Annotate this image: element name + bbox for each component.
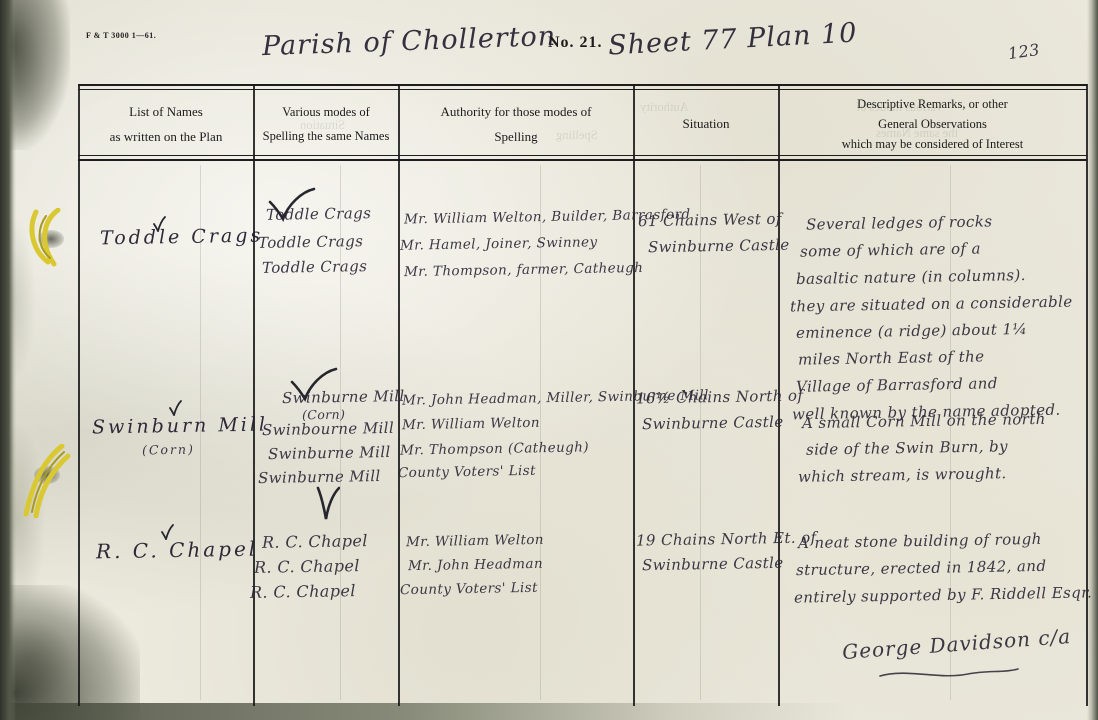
remarks-line: side of the Swin Burn, by: [806, 437, 1008, 459]
book-number-label: No. 21.: [548, 34, 603, 52]
situation-line: 19 Chains North Et. of: [636, 528, 817, 549]
checkmark-icon: [314, 486, 340, 522]
header-bottom-rule-2: [78, 159, 1087, 161]
remarks-line: which stream, is wrought.: [798, 464, 1007, 486]
remarks-line: A small Corn Mill on the north: [802, 410, 1046, 432]
table-top-rule: [78, 84, 1087, 86]
signature-flourish-icon: [878, 666, 1020, 682]
spelling-entry: Swinbourne Mill: [262, 419, 394, 439]
remarks-line: structure, erected in 1842, and: [796, 557, 1047, 579]
column-header-authority: Authority for those modes of Spelling: [400, 94, 632, 154]
printer-mark: F & T 3000 1—61.: [86, 31, 156, 40]
situation-line: Swinburne Castle: [648, 236, 790, 256]
column-divider: [253, 84, 255, 706]
authority-entry: Mr. William Welton: [406, 532, 544, 550]
situation-line: 16½ Chains North of: [636, 387, 804, 408]
name-entry-sub: (Corn): [142, 442, 195, 458]
header-line: List of Names: [129, 104, 203, 120]
situation-line: Swinburne Castle: [642, 413, 784, 433]
bleedthrough-text: Spelling: [556, 128, 598, 143]
name-entry: Swinburn Mill: [92, 413, 268, 438]
table-border-left: [78, 84, 80, 706]
header-line: Spelling: [494, 129, 537, 145]
parish-title-handwritten: Parish of Chollerton: [262, 21, 557, 62]
remarks-line: some of which are of a: [800, 239, 981, 260]
authority-entry: Mr. Hamel, Joiner, Swinney: [400, 234, 598, 253]
authority-entry: Mr. Thompson (Catheugh): [400, 439, 589, 458]
examiner-signature: George Davidson c/a: [841, 624, 1071, 664]
bleedthrough-text: Situation: [300, 118, 345, 133]
remarks-line: miles North East of the: [798, 347, 985, 368]
name-entry: Toddle Crags: [100, 225, 264, 250]
authority-entry: Mr. William Welton: [402, 415, 540, 433]
table-border-right: [1086, 84, 1088, 706]
name-entry: R. C. Chapel: [96, 537, 259, 564]
spelling-entry: R. C. Chapel: [262, 531, 368, 552]
remarks-line: Village of Barrasford and: [796, 374, 998, 396]
sheet-plan-handwritten: Sheet 77 Plan 10: [607, 17, 858, 61]
remarks-line: eminence (a ridge) about 1¼: [796, 320, 1028, 342]
binding-edge: [0, 0, 16, 720]
column-header-names: List of Names as written on the Plan: [80, 94, 252, 154]
bleedthrough-text: the same Names: [876, 126, 958, 141]
authority-entry: Mr. Thompson, farmer, Catheugh: [404, 260, 644, 280]
bleedthrough-text: Various modes of: [856, 100, 944, 115]
situation-line: Swinburne Castle: [642, 554, 784, 574]
header-line: as written on the Plan: [110, 129, 223, 145]
bleedthrough-text: Authority: [640, 100, 689, 115]
remarks-line: Several ledges of rocks: [806, 212, 993, 233]
authority-entry: County Voters' List: [398, 463, 536, 481]
scan-edge-bottom: [0, 703, 900, 720]
spelling-entry: Swinburne Mill: [258, 467, 381, 487]
remarks-line: they are situated on a considerable: [790, 293, 1073, 316]
spelling-entry: Toddle Crags: [266, 204, 372, 224]
spelling-entry: R. C. Chapel: [250, 581, 356, 602]
scan-stain-bottom-left: [0, 585, 140, 720]
spelling-entry: Toddle Crags: [262, 257, 368, 277]
spelling-entry: Swinburne Mill: [268, 443, 391, 463]
spelling-entry: Toddle Crags: [258, 232, 364, 252]
page-number: 123: [1007, 40, 1041, 63]
authority-entry: County Voters' List: [400, 580, 538, 598]
scanned-name-book-page: F & T 3000 1—61. Parish of Chollerton No…: [0, 0, 1098, 720]
header-line: Authority for those modes of: [441, 104, 592, 120]
page-edge-right: [1087, 0, 1098, 720]
situation-line: 61 Chains West of: [638, 210, 782, 231]
spelling-entry: R. C. Chapel: [254, 556, 360, 577]
binding-thread-icon: [20, 444, 72, 518]
remarks-line: entirely supported by F. Riddell Esqr.: [794, 583, 1092, 606]
spelling-entry: Swinburne Mill: [282, 387, 405, 407]
remarks-line: A neat stone building of rough: [798, 530, 1042, 552]
remarks-line: basaltic nature (in columns).: [796, 266, 1026, 288]
authority-entry: Mr. John Headman: [408, 556, 543, 574]
header-line: Situation: [683, 116, 730, 132]
small-checkmark-icon: [168, 400, 182, 416]
binding-thread-icon: [26, 208, 74, 270]
